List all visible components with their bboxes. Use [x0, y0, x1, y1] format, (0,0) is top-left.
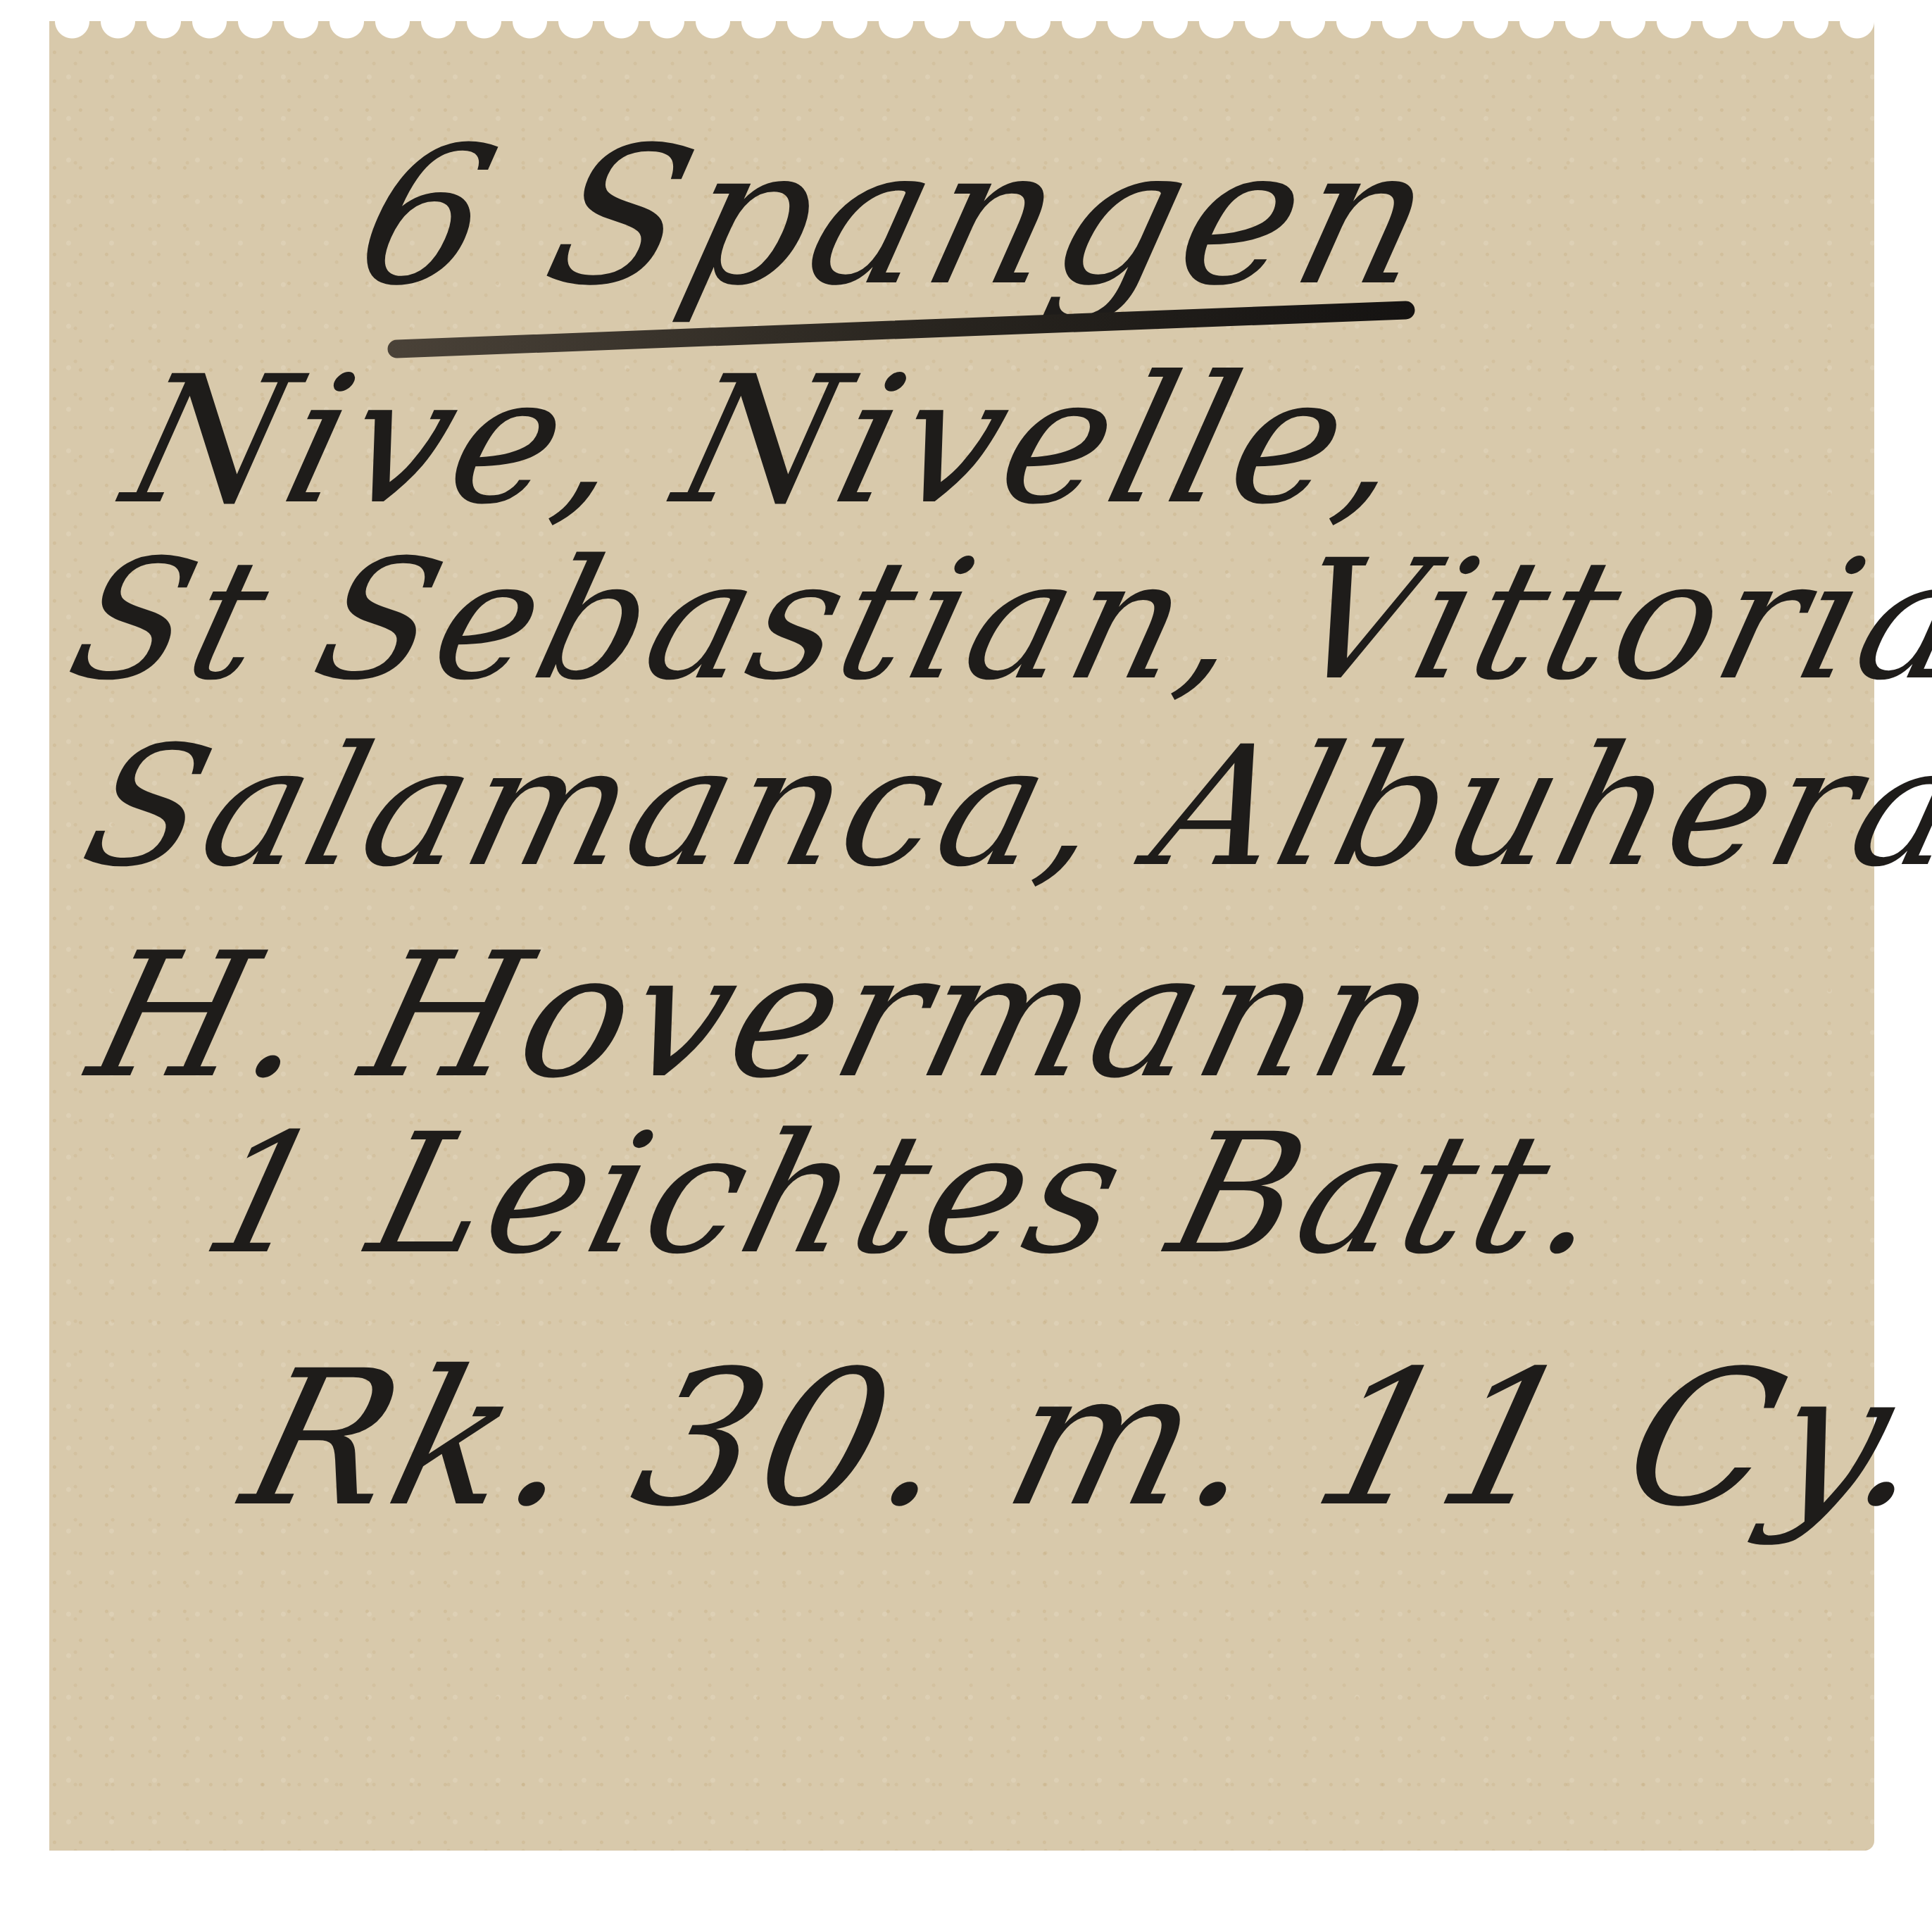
handwritten-line-battalion: 1 Leichtes Batt.: [187, 1099, 1629, 1291]
handwritten-line-clasps-1: Nive, Nivelle,: [108, 338, 1431, 543]
handwritten-line-clasps-3: Salamanca, Albuhera: [68, 711, 1932, 903]
handwritten-line-name: H. Hovermann: [73, 915, 1459, 1116]
card-title: 6 Spangen: [339, 106, 1457, 327]
handwritten-line-clasps-2: St Sebastian, Vittoria: [54, 525, 1932, 717]
handwritten-line-company: Rk. 30. m. 11 Cy.: [227, 1331, 1932, 1548]
